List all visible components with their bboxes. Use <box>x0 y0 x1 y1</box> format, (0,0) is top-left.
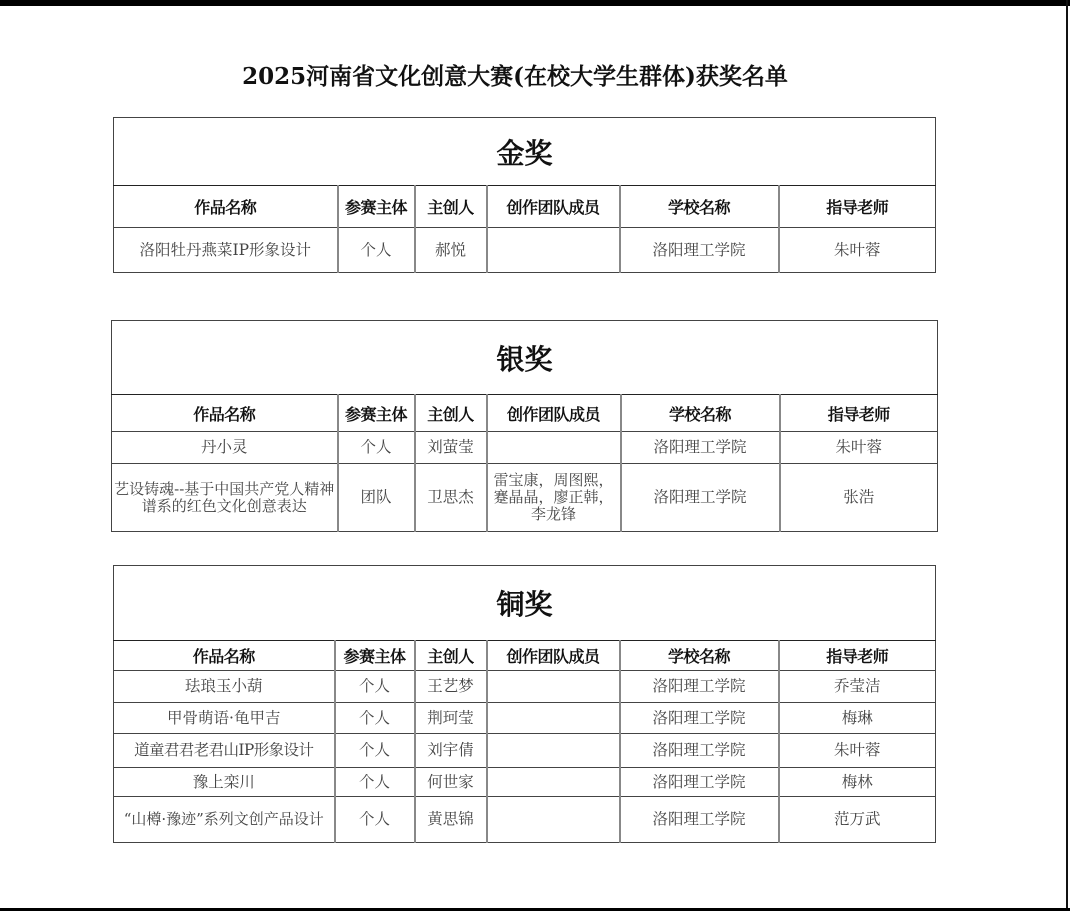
bronze-header-row: 作品名称 参赛主体 主创人 创作团队成员 学校名称 指导老师 <box>114 641 936 671</box>
work-name: 豫上栾川 <box>114 768 335 797</box>
advisor: 朱叶蓉 <box>779 228 936 273</box>
table-row: 艺设铸魂--基于中国共产党人精神谱系的红色文化创意表达 团队 卫思杰 雷宝康，周… <box>112 464 938 532</box>
table-row: 道童君君老君山IP形象设计 个人 刘宇倩 洛阳理工学院 朱叶蓉 <box>114 734 936 768</box>
header-advisor: 指导老师 <box>780 395 938 432</box>
entrant-type: 个人 <box>335 768 415 797</box>
work-name: 艺设铸魂--基于中国共产党人精神谱系的红色文化创意表达 <box>112 464 338 532</box>
header-advisor: 指导老师 <box>779 641 936 671</box>
top-border <box>0 0 1070 6</box>
advisor: 范万武 <box>779 797 936 843</box>
silver-header-row: 作品名称 参赛主体 主创人 创作团队成员 学校名称 指导老师 <box>112 395 938 432</box>
header-school: 学校名称 <box>620 641 779 671</box>
advisor: 朱叶蓉 <box>780 432 938 464</box>
entrant-type: 团队 <box>338 464 415 532</box>
silver-award-title: 银奖 <box>112 321 938 395</box>
table-row: 丹小灵 个人 刘萤莹 洛阳理工学院 朱叶蓉 <box>112 432 938 464</box>
work-name: 丹小灵 <box>112 432 338 464</box>
table-row: 豫上栾川 个人 何世家 洛阳理工学院 梅林 <box>114 768 936 797</box>
header-entrant-type: 参赛主体 <box>338 186 415 228</box>
table-row: 珐琅玉小葫 个人 王艺梦 洛阳理工学院 乔莹洁 <box>114 671 936 703</box>
team-members <box>487 797 620 843</box>
school: 洛阳理工学院 <box>620 797 779 843</box>
entrant-type: 个人 <box>338 228 415 273</box>
work-name: 洛阳牡丹燕菜IP形象设计 <box>114 228 338 273</box>
work-name: 珐琅玉小葫 <box>114 671 335 703</box>
advisor: 乔莹洁 <box>779 671 936 703</box>
header-entrant-type: 参赛主体 <box>338 395 415 432</box>
entrant-type: 个人 <box>338 432 415 464</box>
school: 洛阳理工学院 <box>621 464 780 532</box>
lead-creator: 何世家 <box>415 768 487 797</box>
gold-header-row: 作品名称 参赛主体 主创人 创作团队成员 学校名称 指导老师 <box>114 186 936 228</box>
document-title: 2025河南省文化创意大赛(在校大学生群体)获奖名单 <box>0 58 1030 91</box>
header-team-members: 创作团队成员 <box>487 186 620 228</box>
header-lead-creator: 主创人 <box>415 641 487 671</box>
lead-creator: 王艺梦 <box>415 671 487 703</box>
lead-creator: 黄思锦 <box>415 797 487 843</box>
advisor: 张浩 <box>780 464 938 532</box>
team-members <box>487 734 620 768</box>
advisor: 朱叶蓉 <box>779 734 936 768</box>
header-work-name: 作品名称 <box>114 641 335 671</box>
team-members <box>487 768 620 797</box>
advisor: 梅琳 <box>779 703 936 734</box>
entrant-type: 个人 <box>335 734 415 768</box>
entrant-type: 个人 <box>335 703 415 734</box>
school: 洛阳理工学院 <box>620 228 779 273</box>
gold-award-table: 金奖 作品名称 参赛主体 主创人 创作团队成员 学校名称 指导老师 洛阳牡丹燕菜… <box>113 117 936 273</box>
lead-creator: 刘宇倩 <box>415 734 487 768</box>
advisor: 梅林 <box>779 768 936 797</box>
header-entrant-type: 参赛主体 <box>335 641 415 671</box>
header-advisor: 指导老师 <box>779 186 936 228</box>
bronze-award-table: 铜奖 作品名称 参赛主体 主创人 创作团队成员 学校名称 指导老师 珐琅玉小葫 … <box>113 565 936 843</box>
gold-award-title: 金奖 <box>114 118 936 186</box>
header-team-members: 创作团队成员 <box>487 395 621 432</box>
right-border <box>1066 0 1068 911</box>
header-work-name: 作品名称 <box>112 395 338 432</box>
table-row: 甲骨萌语·龟甲吉 个人 荆珂莹 洛阳理工学院 梅琳 <box>114 703 936 734</box>
bronze-award-title: 铜奖 <box>114 566 936 641</box>
team-members <box>487 228 620 273</box>
school: 洛阳理工学院 <box>620 768 779 797</box>
header-team-members: 创作团队成员 <box>487 641 620 671</box>
school: 洛阳理工学院 <box>620 671 779 703</box>
entrant-type: 个人 <box>335 671 415 703</box>
school: 洛阳理工学院 <box>620 703 779 734</box>
header-school: 学校名称 <box>621 395 780 432</box>
team-members: 雷宝康，周图熙，蹇晶晶，廖正韩，李龙锋 <box>487 464 621 532</box>
header-work-name: 作品名称 <box>114 186 338 228</box>
silver-award-table: 银奖 作品名称 参赛主体 主创人 创作团队成员 学校名称 指导老师 丹小灵 个人… <box>111 320 938 532</box>
header-lead-creator: 主创人 <box>415 395 487 432</box>
team-members <box>487 671 620 703</box>
team-members <box>487 703 620 734</box>
school: 洛阳理工学院 <box>621 432 780 464</box>
header-lead-creator: 主创人 <box>415 186 487 228</box>
table-row: 洛阳牡丹燕菜IP形象设计 个人 郝悦 洛阳理工学院 朱叶蓉 <box>114 228 936 273</box>
work-name: 道童君君老君山IP形象设计 <box>114 734 335 768</box>
lead-creator: 卫思杰 <box>415 464 487 532</box>
work-name: 甲骨萌语·龟甲吉 <box>114 703 335 734</box>
school: 洛阳理工学院 <box>620 734 779 768</box>
lead-creator: 刘萤莹 <box>415 432 487 464</box>
entrant-type: 个人 <box>335 797 415 843</box>
lead-creator: 郝悦 <box>415 228 487 273</box>
team-members <box>487 432 621 464</box>
header-school: 学校名称 <box>620 186 779 228</box>
work-name: “山樽·豫迹”系列文创产品设计 <box>114 797 335 843</box>
lead-creator: 荆珂莹 <box>415 703 487 734</box>
table-row: “山樽·豫迹”系列文创产品设计 个人 黄思锦 洛阳理工学院 范万武 <box>114 797 936 843</box>
